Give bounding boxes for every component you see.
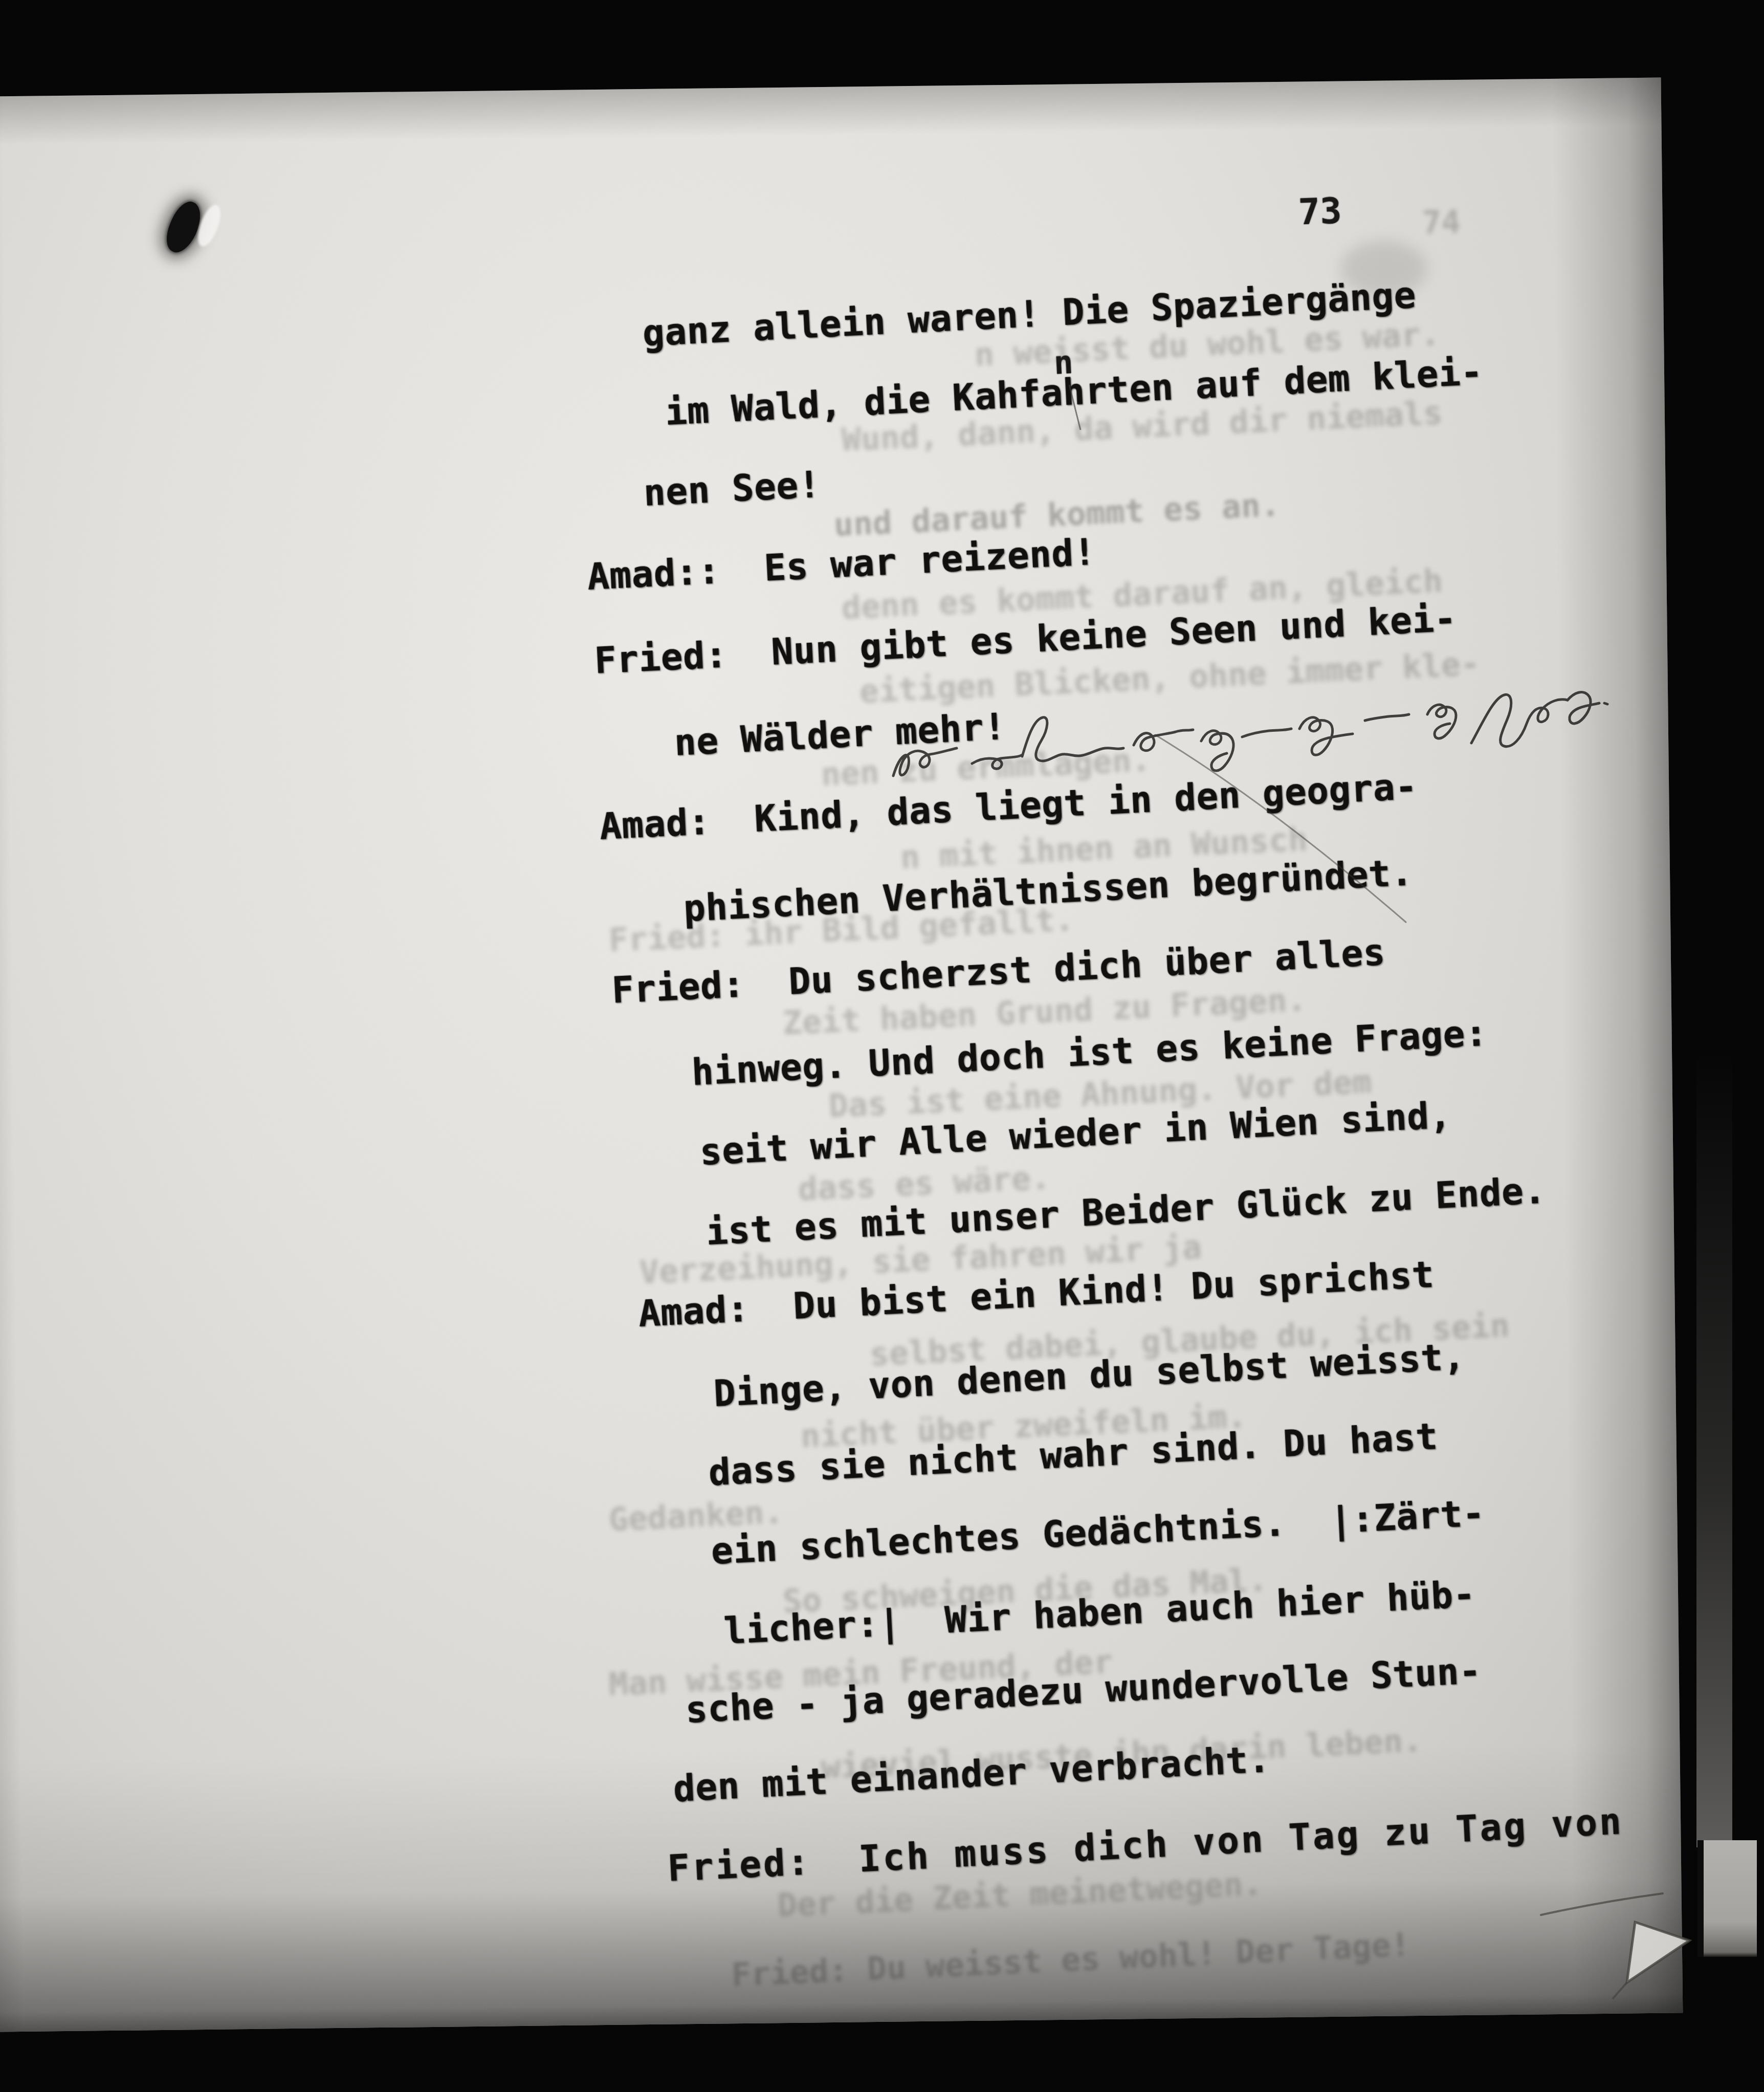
page-number: 73: [1298, 190, 1342, 233]
typed-line: nen See!: [643, 466, 821, 511]
ghost-page-number: 74: [1422, 203, 1461, 242]
adjacent-sheet-corner: [1697, 1840, 1757, 1957]
bleed-through-line: Gedanken.: [608, 1496, 784, 1536]
adjacent-sheet-edge: [1696, 1049, 1732, 1847]
scan-canvas: 73 74 ganz allein waren! Die Spaziergäng…: [0, 0, 1764, 2092]
